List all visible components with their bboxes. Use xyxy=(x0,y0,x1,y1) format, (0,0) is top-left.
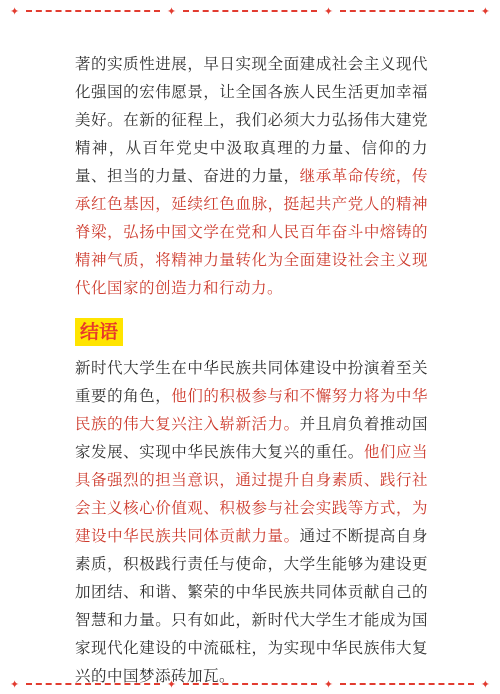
star-icon: ✦ xyxy=(481,6,490,17)
star-icon: ✦ xyxy=(167,679,176,690)
dash-divider xyxy=(26,683,160,685)
dash-divider xyxy=(26,10,160,12)
article-page: ✦ ✦ ✦ ✦ 著的实质性进展，早日实现全面建成社会主义现代化强国的宏伟愿景，让… xyxy=(0,0,500,694)
dash-divider xyxy=(183,683,317,685)
article-body: 著的实质性进展，早日实现全面建成社会主义现代化强国的宏伟愿景，让全国各族人民生活… xyxy=(75,50,428,690)
text-segment-red: 继承革命传统，传承红色基因，延续红色血脉，挺起共产党人的精神脊梁，弘扬中国文学在… xyxy=(75,167,428,297)
paragraph-conclusion: 新时代大学生在中华民族共同体建设中扮演着至关重要的角色，他们的积极参与和不懈努力… xyxy=(75,354,428,690)
star-icon: ✦ xyxy=(10,6,19,17)
star-icon: ✦ xyxy=(167,6,176,17)
bottom-decorative-border: ✦ ✦ ✦ ✦ xyxy=(10,678,490,690)
paragraph-building-party-spirit: 著的实质性进展，早日实现全面建成社会主义现代化强国的宏伟愿景，让全国各族人民生活… xyxy=(75,50,428,302)
conclusion-heading: 结语 xyxy=(75,318,123,346)
star-icon: ✦ xyxy=(324,6,333,17)
star-icon: ✦ xyxy=(10,679,19,690)
text-segment: 著的实质性进展，早日实现全面建成社会主义现代化强国的宏伟愿景，让全国各族人民生活… xyxy=(75,55,428,185)
dash-divider xyxy=(340,683,474,685)
dash-divider xyxy=(340,10,474,12)
star-icon: ✦ xyxy=(324,679,333,690)
conclusion-heading-row: 结语 xyxy=(75,318,428,346)
star-icon: ✦ xyxy=(481,679,490,690)
text-segment: 通过不断提高自身素质，积极践行责任与使命，大学生能够为建设更加团结、和谐、繁荣的… xyxy=(75,527,428,685)
top-decorative-border: ✦ ✦ ✦ ✦ xyxy=(10,5,490,17)
dash-divider xyxy=(183,10,317,12)
